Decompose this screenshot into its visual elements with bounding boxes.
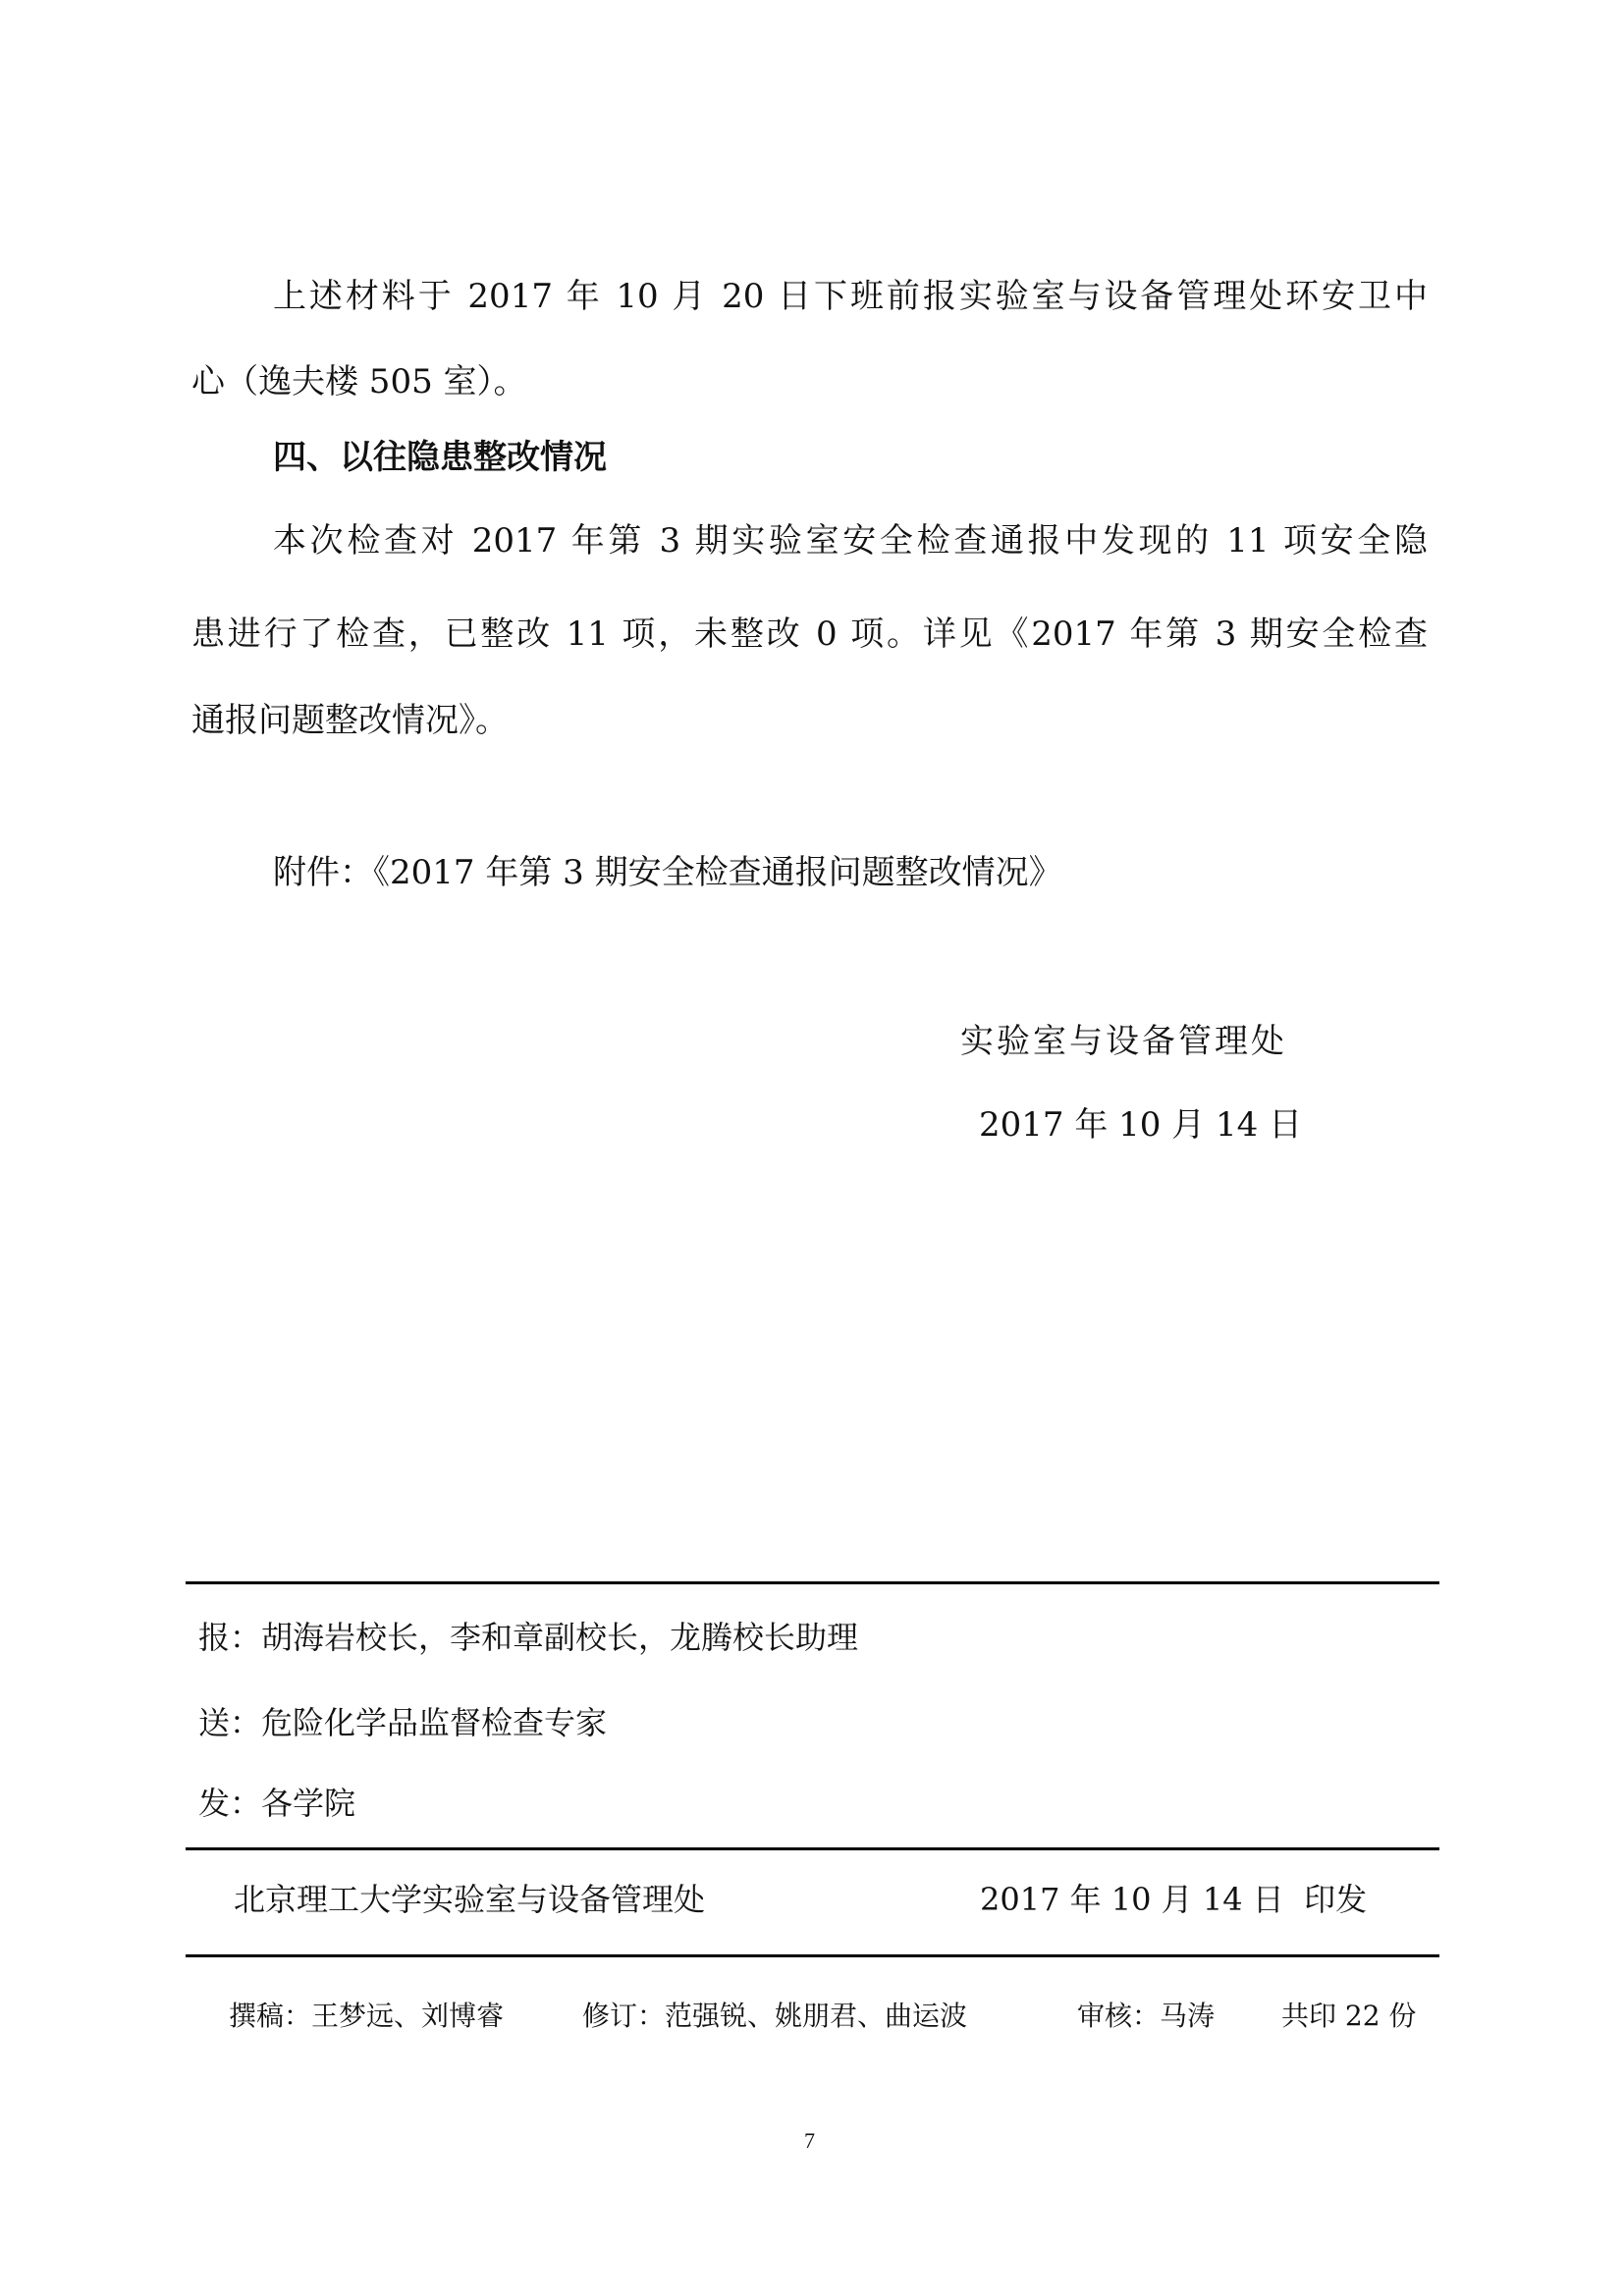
- send-to: 送：危险化学品监督检查专家: [198, 1703, 607, 1742]
- copies-count: 共印 22 份: [1281, 1997, 1416, 2036]
- signature-date: 2017 年 10 月 14 日: [979, 1105, 1302, 1145]
- signature-organization: 实验室与设备管理处: [960, 1022, 1287, 1061]
- paragraph-line: 通报问题整改情况》。: [191, 701, 509, 740]
- paragraph-line: 患进行了检查，已整改 11 项，未整改 0 项。详见《2017 年第 3 期安全…: [191, 614, 1428, 654]
- page-number: 7: [804, 2128, 815, 2154]
- paragraph-line: 本次检查对 2017 年第 3 期实验室安全检查通报中发现的 11 项安全隐: [273, 521, 1428, 561]
- drafted-by: 撰稿：王梦远、刘博睿: [229, 1997, 504, 2036]
- footer-issue-date: 2017 年 10 月 14 日 印发: [980, 1880, 1367, 1919]
- divider-middle: [186, 1847, 1439, 1850]
- footer-issuer: 北京理工大学实验室与设备管理处: [234, 1880, 705, 1919]
- attachment-note: 附件：《2017 年第 3 期安全检查通报问题整改情况》: [273, 853, 1062, 892]
- divider-bottom: [186, 1954, 1439, 1957]
- paragraph-line: 心（逸夫楼 505 室）。: [191, 362, 527, 401]
- reviewed-by: 审核：马涛: [1077, 1997, 1215, 2036]
- paragraph-line: 上述材料于 2017 年 10 月 20 日下班前报实验室与设备管理处环安卫中: [273, 277, 1428, 316]
- issue-to: 发：各学院: [198, 1784, 355, 1823]
- section-heading: 四、以往隐患整改情况: [273, 438, 607, 477]
- divider-top: [186, 1581, 1439, 1584]
- revised-by: 修订：范强锐、姚朋君、曲运波: [582, 1997, 967, 2036]
- report-to: 报：胡海岩校长，李和章副校长，龙腾校长助理: [198, 1618, 858, 1657]
